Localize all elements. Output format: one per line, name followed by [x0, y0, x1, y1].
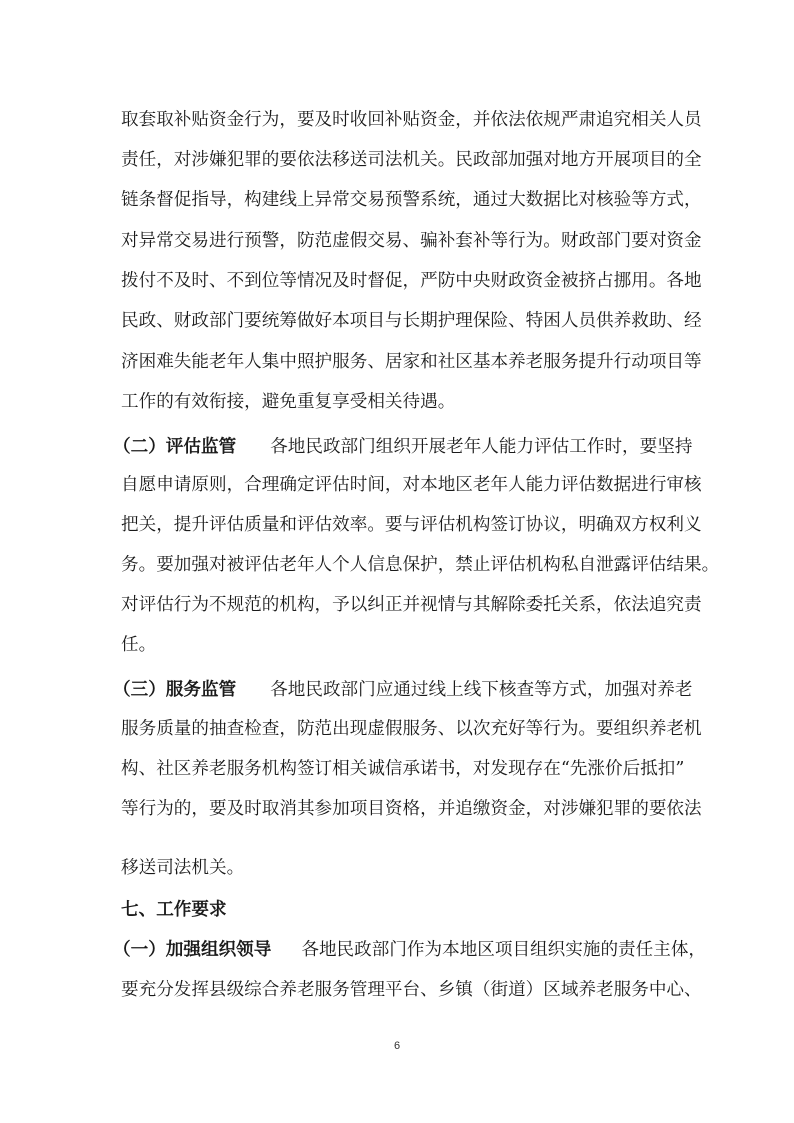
paragraph-line: 要充分发挥县级综合养老服务管理平台、乡镇（街道）区域养老服务中心、 [121, 970, 669, 1010]
paragraph-line: 济困难失能老年人集中照护服务、居家和社区基本养老服务提升行动项目等 [121, 342, 669, 382]
document-page: 取套取补贴资金行为，要及时收回补贴资金，并依法依规严肃追究相关人员 责任，对涉嫌… [0, 0, 794, 1123]
paragraph-line: 任。 [121, 625, 669, 665]
paragraph-line: 自愿申请原则，合理确定评估时间，对本地区老年人能力评估数据进行审核 [121, 465, 669, 505]
section-3-heading-line: （三）服务监管各地民政部门应通过线上线下核查等方式，加强对养老 [113, 670, 661, 710]
paragraph-line: 责任，对涉嫌犯罪的要依法移送司法机关。民政部加强对地方开展项目的全 [121, 140, 669, 180]
paragraph-line: 构、社区养老服务机构签订相关诚信承诺书，对发现存在“先涨价后抵扣” [121, 749, 669, 789]
section-2-title: （二）评估监管 [113, 437, 236, 457]
paragraph-line: 对异常交易进行预警，防范虚假交易、骗补套补等行为。财政部门要对资金 [121, 221, 669, 261]
paragraph-line: 工作的有效衔接，避免重复享受相关待遇。 [121, 382, 669, 422]
chapter-7-heading: 七、工作要求 [121, 890, 669, 930]
paragraph-line: 取套取补贴资金行为，要及时收回补贴资金，并依法依规严肃追究相关人员 [121, 100, 669, 140]
section-3-title: （三）服务监管 [113, 680, 236, 700]
section-2-heading-line: （二）评估监管各地民政部门组织开展老年人能力评估工作时，要坚持 [113, 427, 661, 467]
paragraph-line: 对评估行为不规范的机构，予以纠正并视情与其解除委托关系，依法追究责 [121, 585, 669, 625]
paragraph-line: 服务质量的抽查检查，防范出现虚假服务、以次充好等行为。要组织养老机 [121, 709, 669, 749]
section-2-first-line: 各地民政部门组织开展老年人能力评估工作时，要坚持 [270, 437, 692, 457]
section-3-first-line: 各地民政部门应通过线上线下核查等方式，加强对养老 [270, 680, 692, 700]
paragraph-line: 民政、财政部门要统筹做好本项目与长期护理保险、特困人员供养救助、经 [121, 301, 669, 341]
paragraph-line: 务。要加强对被评估老年人个人信息保护，禁止评估机构私自泄露评估结果。 [121, 545, 669, 585]
page-number: 6 [0, 1040, 794, 1052]
section-7-1-title: （一）加强组织领导 [113, 940, 271, 960]
paragraph-line: 拨付不及时、不到位等情况及时督促，严防中央财政资金被挤占挪用。各地 [121, 261, 669, 301]
section-7-1-heading-line: （一）加强组织领导各地民政部门作为本地区项目组织实施的责任主体， [113, 930, 669, 970]
paragraph-line: 链条督促指导，构建线上异常交易预警系统，通过大数据比对核验等方式， [121, 180, 669, 220]
section-7-1-first-line: 各地民政部门作为本地区项目组织实施的责任主体， [301, 940, 706, 960]
paragraph-line: 等行为的，要及时取消其参加项目资格，并追缴资金，对涉嫌犯罪的要依法 [121, 789, 669, 829]
paragraph-line: 把关，提升评估质量和评估效率。要与评估机构签订协议，明确双方权利义 [121, 505, 669, 545]
paragraph-line: 移送司法机关。 [121, 848, 669, 888]
